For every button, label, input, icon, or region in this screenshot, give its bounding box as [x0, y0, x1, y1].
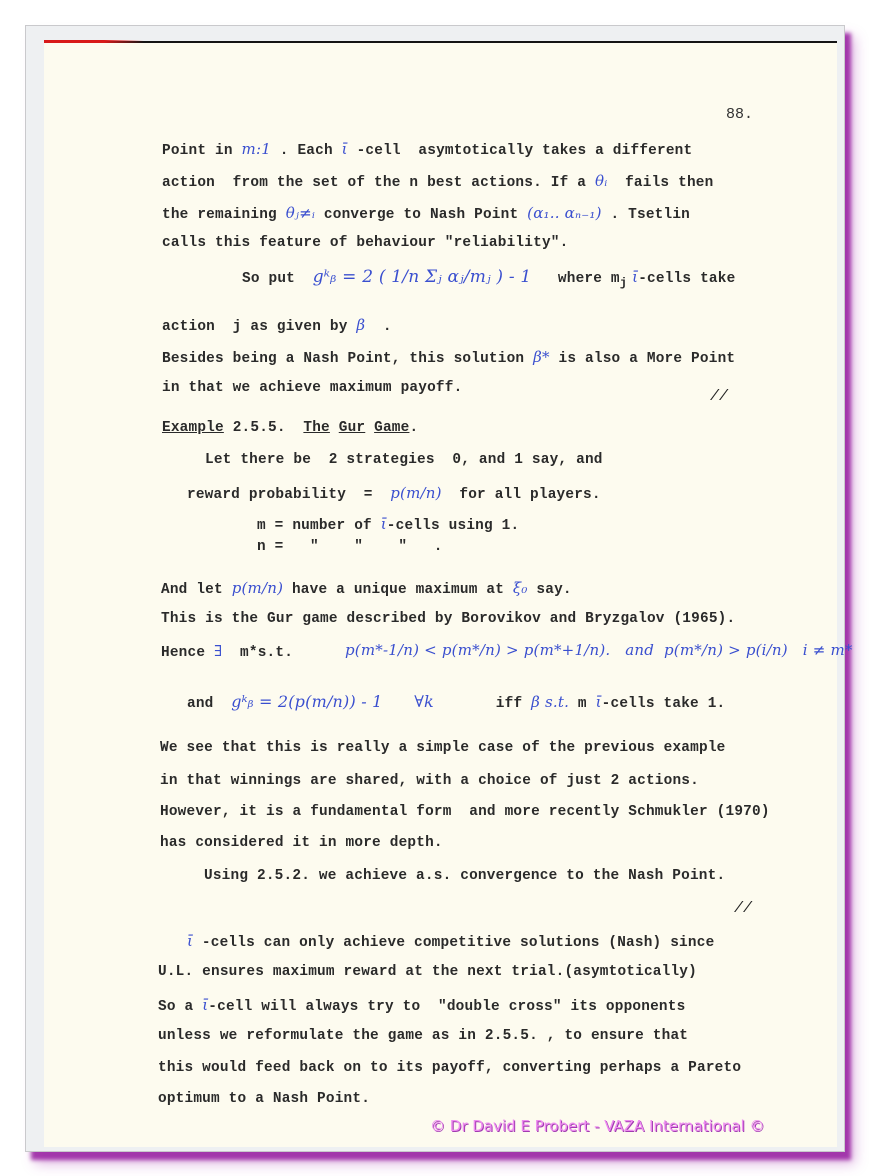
text-line: this would feed back on to its payoff, c… — [158, 1060, 741, 1076]
formula-line: So put gᵏᵦ = 2 ( 1/n Σⱼ αⱼ/mⱼ ) - 1 wher… — [242, 267, 735, 290]
text-line: has considered it in more depth. — [160, 835, 443, 851]
text-line: U.L. ensures maximum reward at the next … — [158, 964, 697, 980]
text-line: Using 2.5.2. we achieve a.s. convergence… — [204, 868, 725, 884]
red-edge-mark — [44, 40, 144, 43]
handwritten-annotation: p(m/n) — [390, 484, 441, 502]
handwritten-annotation: ξ₀ — [513, 579, 528, 597]
text-line: And let p(m/n) have a unique maximum at … — [161, 579, 572, 598]
formula-line: Hence ∃ m*s.t. — [161, 642, 293, 661]
text-line: We see that this is really a simple case… — [160, 740, 726, 756]
handwritten-annotation: (α₁.. αₙ₋₁) — [527, 204, 602, 222]
text-line: reward probability = p(m/n) for all play… — [187, 484, 601, 503]
end-mark: // — [734, 900, 752, 917]
text-line: This is the Gur game described by Borovi… — [161, 611, 735, 627]
text-line: unless we reformulate the game as in 2.5… — [158, 1028, 688, 1044]
text-line: action from the set of the n best action… — [162, 172, 713, 191]
handwritten-formula: gᵏᵦ = 2 ( 1/n Σⱼ αⱼ/mⱼ ) - 1 — [313, 267, 532, 287]
end-mark: // — [710, 388, 728, 405]
text-line: Let there be 2 strategies 0, and 1 say, … — [205, 452, 603, 468]
text-line: m = number of ῑ-cells using 1. — [257, 515, 519, 534]
text-line: However, it is a fundamental form and mo… — [160, 804, 770, 820]
handwritten-annotation: θᵢ — [595, 172, 607, 190]
text-line: ῑ -cells can only achieve competitive so… — [187, 932, 714, 951]
text-line: Besides being a Nash Point, this solutio… — [162, 348, 735, 367]
text-line: n = " " " . — [257, 539, 443, 555]
text-line: in that winnings are shared, with a choi… — [160, 773, 699, 789]
handwritten-annotation: ῑ — [627, 268, 638, 286]
handwritten-formula: gᵏᵦ = 2(p(m/n)) - 1 ∀k — [231, 692, 434, 711]
section-heading: Example 2.5.5. The Gur Game. — [162, 420, 418, 436]
handwritten-annotation: β — [356, 316, 365, 334]
text-line: calls this feature of behaviour "reliabi… — [162, 235, 568, 251]
handwritten-formula: p(m*-1/n) < p(m*/n) > p(m*+1/n). and p(m… — [345, 641, 853, 659]
copyright-watermark: © Dr David E Probert - VAZA Internationa… — [430, 1117, 765, 1135]
page-number: 88. — [726, 106, 753, 123]
handwritten-annotation: m:1 — [242, 140, 271, 158]
handwritten-annotation: p(m/n) — [232, 579, 283, 597]
text-line: action j as given by β . — [162, 316, 392, 335]
text-line: Point in m:1 . Each ῑ -cell asymtoticall… — [162, 140, 692, 159]
handwritten-annotation: β s.t. — [531, 693, 569, 711]
text-line: the remaining θⱼ≠ᵢ converge to Nash Poin… — [162, 204, 690, 223]
text-line: in that we achieve maximum payoff. — [162, 380, 462, 396]
text-line: So a ῑ-cell will always try to "double c… — [158, 996, 685, 1015]
handwritten-annotation: θⱼ≠ᵢ — [286, 204, 315, 222]
handwritten-annotation: β* — [533, 348, 550, 366]
formula-line: and gᵏᵦ = 2(p(m/n)) - 1 ∀k iff β s.t. m … — [187, 692, 725, 712]
text-line: optimum to a Nash Point. — [158, 1091, 370, 1107]
